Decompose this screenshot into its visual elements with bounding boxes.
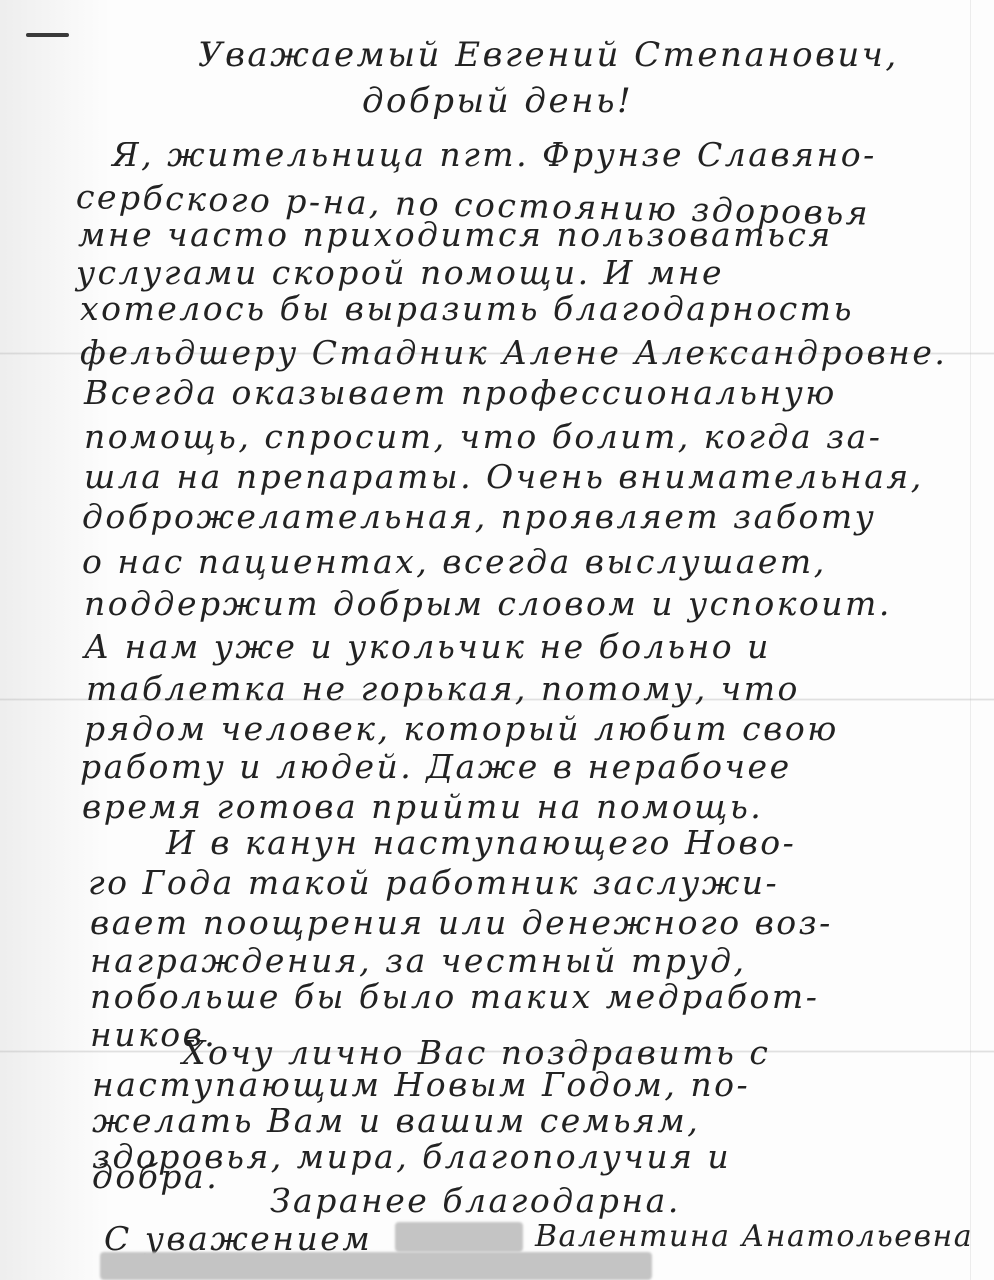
letter-body-line: А нам уже и укольчик не больно и	[84, 630, 771, 663]
letter-body-line: таблетка не горькая, потому, что	[86, 672, 800, 705]
letter-body-line: Я, жительница пгт. Фрунзе Славяно-	[112, 138, 877, 171]
page-edge	[970, 0, 971, 1280]
letter-body-line: время готова прийти на помощь.	[82, 790, 763, 823]
letter-body-line: помощь, спросит, что болит, когда за-	[84, 420, 882, 453]
wishes-line: добра.	[92, 1160, 219, 1193]
redacted-surname	[395, 1222, 523, 1252]
letter-body-line: шла на препараты. Очень внимательная,	[84, 460, 924, 493]
letter-body-line: услугами скорой помощи. И мне	[76, 256, 724, 289]
signature-name: Валентина Анатольевна	[535, 1222, 973, 1252]
wishes-line: наступающим Новым Годом, по-	[92, 1068, 750, 1101]
letter-body-line: Всегда оказывает профессиональную	[84, 376, 837, 409]
letter-body-line: рядом человек, который любит свою	[84, 712, 839, 745]
letter-body-line: побольше бы было таких медработ-	[90, 980, 819, 1013]
letter-body-line: награждения, за честный труд,	[90, 944, 746, 977]
corner-dash-mark	[26, 33, 69, 37]
wishes-line: желать Вам и вашим семьям,	[92, 1104, 700, 1137]
letter-body-line: о нас пациентах, всегда выслушает,	[82, 545, 827, 578]
redacted-contact-line	[100, 1252, 652, 1280]
letter-body-line: вает поощрения или денежного воз-	[90, 906, 833, 939]
letter-body-line: мне часто приходится пользоваться	[78, 218, 833, 251]
letter-body-line: И в канун наступающего Ново-	[166, 826, 796, 859]
greeting-line: Уважаемый Евгений Степанович,	[198, 38, 899, 72]
letter-body-line: фельдшеру Стадник Алене Александровне.	[80, 336, 947, 369]
closing-line: Заранее благодарна.	[270, 1184, 681, 1217]
greeting-line: добрый день!	[362, 84, 633, 118]
letter-body-line: работу и людей. Даже в нерабочее	[80, 750, 792, 783]
scanned-letter-page: Уважаемый Евгений Степанович, добрый ден…	[0, 0, 994, 1280]
letter-body-line: доброжелательная, проявляет заботу	[82, 500, 876, 533]
signature-prefix: С уважением	[104, 1222, 372, 1255]
letter-body-line: поддержит добрым словом и успокоит.	[84, 587, 892, 620]
letter-body-line: го Года такой работник заслужи-	[88, 866, 779, 899]
letter-body-line: хотелось бы выразить благодарность	[80, 292, 854, 325]
